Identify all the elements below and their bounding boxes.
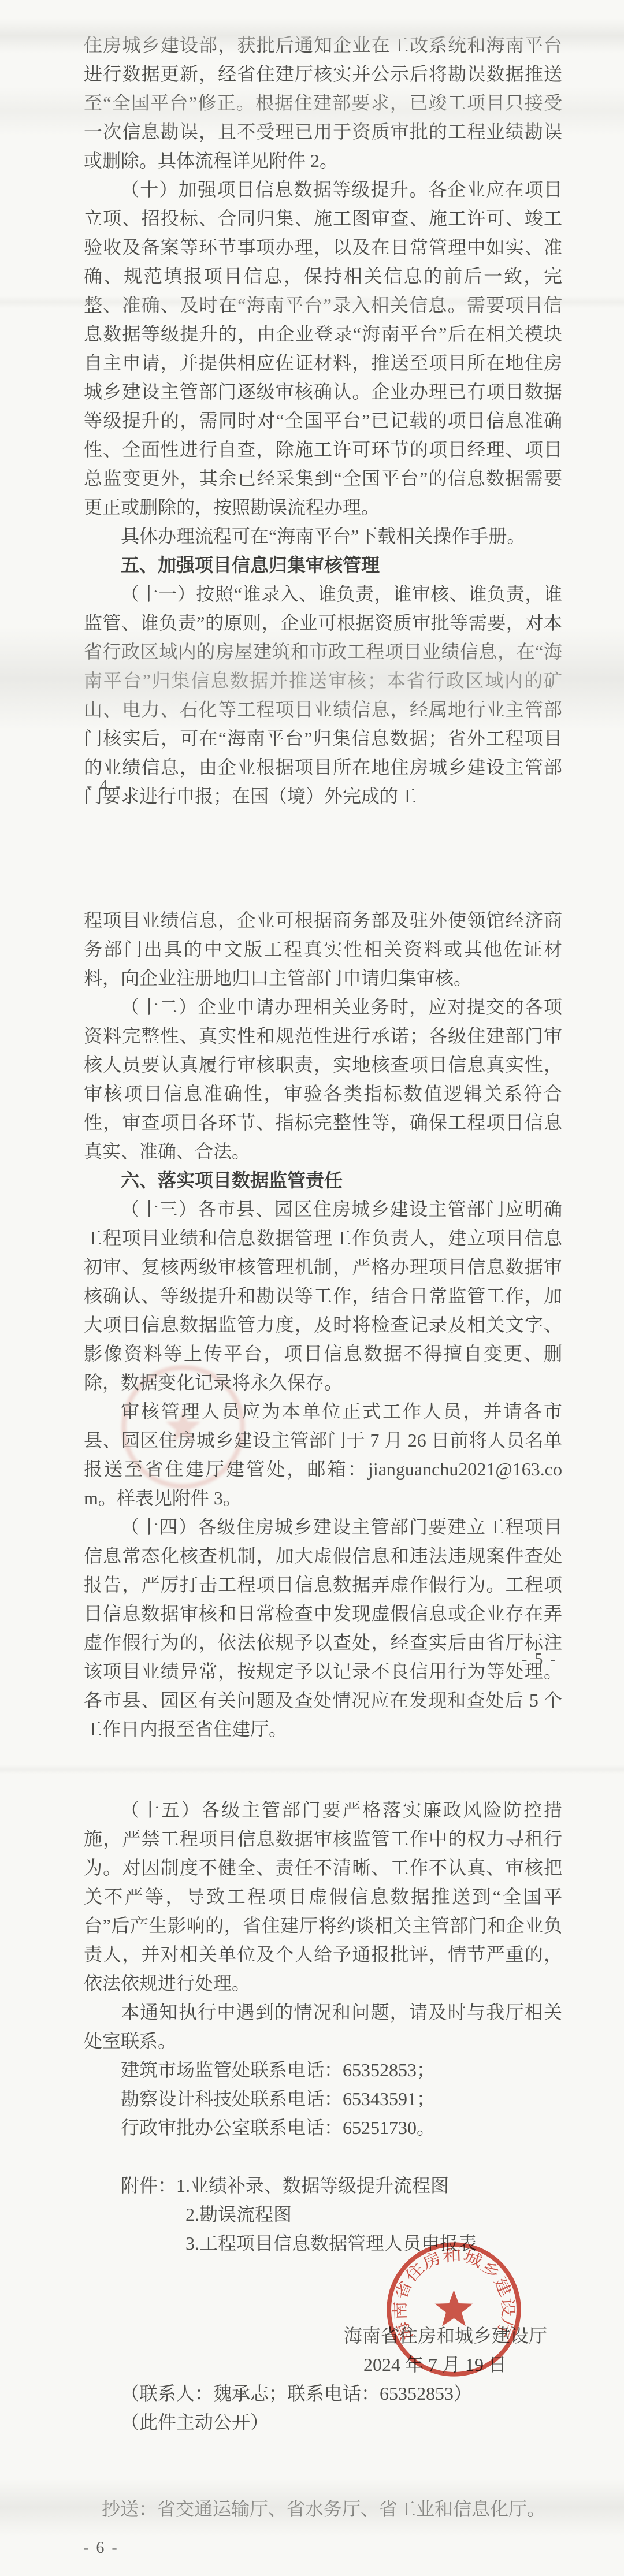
date-line: 2024 年 7 月 19 日 <box>84 2350 562 2379</box>
paragraph: （十三）各市县、园区住房城乡建设主管部门应明确工程项目业绩和信息数据管理工作负责… <box>84 1195 562 1397</box>
agency-signature: 海南省住房和城乡建设厅 <box>84 2321 562 2350</box>
attachment-list-item: 附件：1.业绩补录、数据等级提升流程图 <box>84 2171 562 2200</box>
contact-phone-line: 行政审批办公室联系电话：65251730。 <box>84 2113 562 2142</box>
section-heading: 六、落实项目数据监管责任 <box>84 1166 562 1195</box>
paragraph: 本通知执行中遇到的情况和问题，请及时与我厅相关处室联系。 <box>84 1998 562 2055</box>
contact-person-line: （联系人：魏承志；联系电话：65352853） <box>84 2379 562 2408</box>
paragraph: 审核管理人员应为本单位正式工作人员，并请各市县、园区住房城乡建设主管部门于 7 … <box>84 1397 562 1512</box>
contact-phone-line: 建筑市场监管处联系电话：65352853； <box>84 2055 562 2084</box>
page-number: - 4 - <box>87 778 122 795</box>
attachment-list-item: 2.勘误流程图 <box>84 2200 562 2229</box>
document-scan: 住房城乡建设部，获批后通知企业在工改系统和海南平台进行数据更新，经省住建厅核实并… <box>0 0 624 2576</box>
paragraph: 具体办理流程可在“海南平台”下载相关操作手册。 <box>84 522 562 551</box>
page-5-text-block: 程项目业绩信息，企业可根据商务部及驻外使领馆经济商务部门出具的中文版工程真实性相… <box>84 906 562 1744</box>
paragraph: （十）加强项目信息数据等级提升。各企业应在项目立项、招投标、合同归集、施工图审查… <box>84 175 562 522</box>
section-heading: 五、加强项目信息归集审核管理 <box>84 551 562 579</box>
contact-phone-line: 勘察设计科技处联系电话：65343591； <box>84 2084 562 2113</box>
scan-streak <box>0 1765 624 1774</box>
page-6-text-block: （十五）各级主管部门要严格落实廉政风险防控措施，严禁工程项目信息数据审核监管工作… <box>84 1796 562 2523</box>
paragraph: （十五）各级主管部门要严格落实廉政风险防控措施，严禁工程项目信息数据审核监管工作… <box>84 1796 562 1998</box>
cc-line: 抄送：省交通运输厅、省水务厅、省工业和信息化厅。 <box>102 2495 562 2523</box>
paragraph: （十二）企业申请办理相关业务时，应对提交的各项资料完整性、真实性和规范性进行承诺… <box>84 993 562 1166</box>
page-number: - 6 - <box>83 2540 119 2557</box>
page-4-text-block: 住房城乡建设部，获批后通知企业在工改系统和海南平台进行数据更新，经省住建厅核实并… <box>84 31 562 811</box>
page-number: - 5 - <box>522 1651 558 1668</box>
paragraph: （十四）各级住房城乡建设主管部门要建立工程项目信息常态化核查机制，加大虚假信息和… <box>84 1512 562 1744</box>
paragraph: （十一）按照“谁录入、谁负责，谁审核、谁负责，谁监管、谁负责”的原则，企业可根据… <box>84 579 562 811</box>
public-disclosure-line: （此件主动公开） <box>84 2408 562 2437</box>
paragraph: 住房城乡建设部，获批后通知企业在工改系统和海南平台进行数据更新，经省住建厅核实并… <box>84 31 562 175</box>
paragraph: 程项目业绩信息，企业可根据商务部及驻外使领馆经济商务部门出具的中文版工程真实性相… <box>84 906 562 993</box>
attachment-list-item: 3.工程项目信息数据管理人员申报表 <box>84 2229 562 2258</box>
